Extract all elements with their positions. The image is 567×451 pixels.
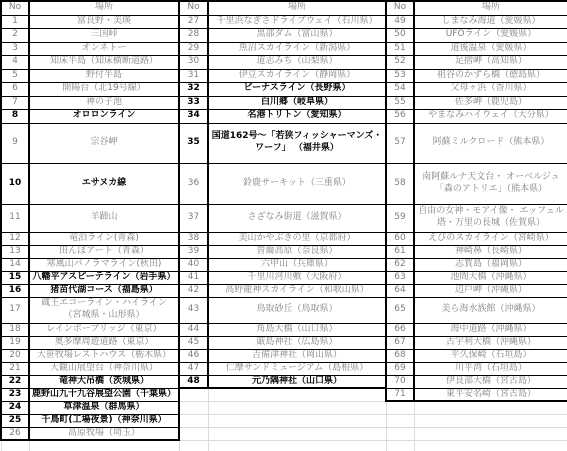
no-header-cell[interactable]: No <box>1 1 29 15</box>
place-cell[interactable]: 仁摩サンドミュージアム（島根県） <box>208 362 386 375</box>
place-cell[interactable]: 千里川河川敷（大阪府） <box>208 271 386 284</box>
place-cell[interactable]: 川平湾（石垣島） <box>414 362 567 375</box>
no-cell[interactable]: 56 <box>386 110 414 124</box>
places-table-body: No場所No場所No場所1富良野・美瑛27千里浜なぎさドライブウェイ（石川県）4… <box>1 1 567 451</box>
place-cell[interactable]: 曽爾高原（奈良県） <box>208 245 386 258</box>
no-cell[interactable]: 1 <box>1 15 29 29</box>
place-cell[interactable]: 六甲山（兵庫県） <box>208 258 386 271</box>
place-cell[interactable]: UFOライン（愛媛県） <box>414 29 567 43</box>
place-cell[interactable]: さざなみ街道（滋賀県） <box>208 204 386 232</box>
place-cell[interactable]: 国道162号～「若狭フィッシャーマンズ・ワーフ」 （福井県） <box>208 123 386 163</box>
sheet-row: 20大笹牧場レストハウス（栃木県）46吉備津神社（岡山県）68平久保崎（石垣島） <box>1 349 567 362</box>
sheet-row: 16猪苗代湖コース（福島県）42高野龍神スカイライン（和歌山県）64辺戸岬（沖縄… <box>1 284 567 297</box>
place-cell[interactable]: 鹿野山九十九谷展望公園（千葉県） <box>29 388 179 401</box>
place-cell[interactable]: 魚沼スカイライン（新潟県） <box>208 42 386 56</box>
place-cell[interactable]: エサヌカ線 <box>29 163 179 204</box>
no-cell[interactable]: 43 <box>179 297 208 323</box>
sheet-row: 7神の子池33白川郷（岐阜県）55佐多岬（鹿児島） <box>1 96 567 110</box>
place-cell[interactable]: 東平安名崎（宮古島） <box>414 388 567 401</box>
place-cell[interactable]: 千里浜なぎさドライブウェイ（石川県） <box>208 15 386 29</box>
place-cell[interactable]: 神崎鼻（長崎県） <box>414 245 567 258</box>
no-cell[interactable]: 17 <box>1 297 29 323</box>
place-cell[interactable]: 野付半島 <box>29 69 179 83</box>
place-cell[interactable]: ビーナスライン（長野県） <box>208 83 386 97</box>
no-cell[interactable]: 27 <box>179 15 208 29</box>
no-cell[interactable]: 41 <box>179 271 208 284</box>
place-cell[interactable]: 南阿蘇ルナ天文台・ オーベルジュ「森のアトリエ」（熊本県） <box>414 163 567 204</box>
places-table: No場所No場所No場所1富良野・美瑛27千里浜なぎさドライブウェイ（石川県）4… <box>0 0 567 451</box>
empty-cell[interactable] <box>179 427 208 440</box>
no-cell[interactable]: 60 <box>386 232 414 245</box>
no-cell[interactable]: 64 <box>386 284 414 297</box>
no-cell[interactable]: 15 <box>1 271 29 284</box>
no-cell[interactable]: 63 <box>386 271 414 284</box>
no-cell[interactable]: 4 <box>1 56 29 70</box>
no-cell[interactable]: 46 <box>179 349 208 362</box>
place-cell[interactable]: 黒部ダム（富山県） <box>208 29 386 43</box>
place-cell[interactable]: 池間大橋（沖縄県） <box>414 271 567 284</box>
empty-cell[interactable] <box>386 401 414 414</box>
place-cell[interactable]: 元乃隅神社（山口県） <box>208 375 386 388</box>
no-cell[interactable]: 33 <box>179 96 208 110</box>
sheet-row: 9宗谷岬35国道162号～「若狭フィッシャーマンズ・ワーフ」 （福井県）57阿蘇… <box>1 123 567 163</box>
sheet-row: 8オロロンライン34名港トリトン（愛知県）56やまなみハイウェイ（大分県） <box>1 110 567 124</box>
no-cell[interactable]: 47 <box>179 362 208 375</box>
place-cell[interactable]: 開陽台（北19号線） <box>29 83 179 97</box>
no-cell[interactable]: 58 <box>386 163 414 204</box>
place-cell[interactable]: 奥多摩周遊道路（東京） <box>29 336 179 349</box>
place-cell[interactable]: 竜泊ライン(青森) <box>29 232 179 245</box>
sheet-row: 4知床半島（知床横断道路）30道志みち（山梨県）52足摺岬（高知県） <box>1 56 567 70</box>
no-cell[interactable]: 67 <box>386 336 414 349</box>
no-cell[interactable]: 24 <box>1 401 29 414</box>
no-cell[interactable]: 49 <box>386 15 414 29</box>
place-cell[interactable]: 伊豆スカイライン（静岡県） <box>208 69 386 83</box>
place-cell[interactable]: 足摺岬（高知県） <box>414 56 567 70</box>
place-cell[interactable]: 寒風山パノラマライン(秋田) <box>29 258 179 271</box>
empty-cell[interactable] <box>208 440 386 451</box>
no-cell[interactable]: 45 <box>179 336 208 349</box>
no-cell[interactable]: 62 <box>386 258 414 271</box>
no-cell[interactable]: 68 <box>386 349 414 362</box>
place-cell[interactable]: 草津温泉（群馬県） <box>29 401 179 414</box>
no-cell[interactable]: 6 <box>1 83 29 97</box>
no-cell[interactable]: 51 <box>386 42 414 56</box>
place-cell[interactable]: 神の子池 <box>29 96 179 110</box>
no-cell[interactable]: 25 <box>1 414 29 427</box>
empty-cell[interactable] <box>414 401 567 414</box>
sheet-row: 19奥多摩周遊道路（東京）45厳島神社（広島県）67古宇利大橋（沖縄県） <box>1 336 567 349</box>
empty-cell[interactable] <box>414 414 567 427</box>
place-cell[interactable]: 古宇利大橋（沖縄県） <box>414 336 567 349</box>
place-cell[interactable]: 海中道路（沖縄県） <box>414 323 567 336</box>
place-cell[interactable]: 美ら海水族館（沖縄県） <box>414 297 567 323</box>
place-cell[interactable]: オロロンライン <box>29 110 179 124</box>
place-cell[interactable]: 高野龍神スカイライン（和歌山県） <box>208 284 386 297</box>
place-header-cell[interactable]: 場所 <box>208 1 386 15</box>
no-cell[interactable]: 44 <box>179 323 208 336</box>
empty-cell[interactable] <box>386 427 414 440</box>
place-cell[interactable]: 高原牧場（埼玉） <box>29 427 179 440</box>
no-cell[interactable]: 36 <box>179 163 208 204</box>
no-cell[interactable]: 26 <box>1 427 29 440</box>
sheet-row: 12竜泊ライン(青森)38美山かやぶきの里（京都府）60えびのスカイライン（宮崎… <box>1 232 567 245</box>
place-cell[interactable]: オンネトー <box>29 42 179 56</box>
no-cell[interactable]: 11 <box>1 204 29 232</box>
no-cell[interactable]: 14 <box>1 258 29 271</box>
place-cell[interactable]: 田んぼアート（青森） <box>29 245 179 258</box>
no-cell[interactable]: 48 <box>179 375 208 388</box>
empty-cell[interactable] <box>179 440 208 451</box>
no-cell[interactable]: 3 <box>1 42 29 56</box>
sheet-row: 13田んぼアート（青森）39曽爾高原（奈良県）61神崎鼻（長崎県） <box>1 245 567 258</box>
place-cell[interactable]: 大観山展望台（神奈川県） <box>29 362 179 375</box>
place-cell[interactable]: 猪苗代湖コース（福島県） <box>29 284 179 297</box>
place-cell[interactable]: 佐多岬（鹿児島） <box>414 96 567 110</box>
no-cell[interactable]: 22 <box>1 375 29 388</box>
no-header-cell[interactable]: No <box>386 1 414 15</box>
place-cell[interactable]: 道後温泉（愛媛県） <box>414 42 567 56</box>
place-cell[interactable]: やまなみハイウェイ（大分県） <box>414 110 567 124</box>
place-cell[interactable]: 阿蘇ミルクロード（熊本県） <box>414 123 567 163</box>
no-cell[interactable]: 71 <box>386 388 414 401</box>
no-cell[interactable]: 28 <box>179 29 208 43</box>
place-cell[interactable]: えびのスカイライン（宮崎県） <box>414 232 567 245</box>
no-cell[interactable]: 13 <box>1 245 29 258</box>
sheet-row: 15八幡平アスピーテライン（岩手県）41千里川河川敷（大阪府）63池間大橋（沖縄… <box>1 271 567 284</box>
no-cell[interactable]: 18 <box>1 323 29 336</box>
no-cell[interactable]: 16 <box>1 284 29 297</box>
place-cell[interactable]: 鳥取砂丘（鳥取県） <box>208 297 386 323</box>
place-cell[interactable]: 知床半島（知床横断道路） <box>29 56 179 70</box>
place-cell[interactable]: 宗谷岬 <box>29 123 179 163</box>
empty-cell[interactable] <box>179 388 208 401</box>
empty-cell[interactable] <box>208 388 386 401</box>
no-cell[interactable]: 37 <box>179 204 208 232</box>
place-cell[interactable]: 平久保崎（石垣島） <box>414 349 567 362</box>
empty-cell[interactable] <box>29 440 179 451</box>
no-cell[interactable]: 54 <box>386 83 414 97</box>
place-cell[interactable]: 志賀島（福岡県） <box>414 258 567 271</box>
no-cell[interactable]: 65 <box>386 297 414 323</box>
place-cell[interactable]: 名港トリトン（愛知県） <box>208 110 386 124</box>
no-cell[interactable]: 66 <box>386 323 414 336</box>
sheet-row: 11羊蹄山37さざなみ街道（滋賀県）59自由の女神・モアイ像・ エッフェル塔・万… <box>1 204 567 232</box>
no-cell[interactable]: 38 <box>179 232 208 245</box>
place-cell[interactable]: 羊蹄山 <box>29 204 179 232</box>
sheet-row: 25千鳥町(工場夜景)（神奈川県） <box>1 414 567 427</box>
no-cell[interactable]: 12 <box>1 232 29 245</box>
sheet-row: 24草津温泉（群馬県） <box>1 401 567 414</box>
sheet-row: 14寒風山パノラマライン(秋田)40六甲山（兵庫県）62志賀島（福岡県） <box>1 258 567 271</box>
empty-cell[interactable] <box>414 427 567 440</box>
empty-cell[interactable] <box>208 427 386 440</box>
empty-cell[interactable] <box>386 440 414 451</box>
sheet-row: 2三国峠28黒部ダム（富山県）50UFOライン（愛媛県） <box>1 29 567 43</box>
sheet-row: 21大観山展望台（神奈川県）47仁摩サンドミュージアム（島根県）69川平湾（石垣… <box>1 362 567 375</box>
place-cell[interactable]: 蔵王エコーライン・ハイライン （宮城県・山形県） <box>29 297 179 323</box>
no-cell[interactable]: 52 <box>386 56 414 70</box>
place-cell[interactable]: 鈴鹿サーキット（三重県） <box>208 163 386 204</box>
empty-cell[interactable] <box>414 440 567 451</box>
no-cell[interactable]: 8 <box>1 110 29 124</box>
place-cell[interactable]: 三国峠 <box>29 29 179 43</box>
place-header-cell[interactable]: 場所 <box>414 1 567 15</box>
no-cell[interactable]: 57 <box>386 123 414 163</box>
no-cell[interactable]: 59 <box>386 204 414 232</box>
place-cell[interactable]: 辺戸岬（沖縄県） <box>414 284 567 297</box>
no-cell[interactable]: 50 <box>386 29 414 43</box>
place-cell[interactable]: 竜神大吊橋（茨城県） <box>29 375 179 388</box>
place-cell[interactable]: 祖谷のかずら橋（徳島県） <box>414 69 567 83</box>
sheet-row: 10エサヌカ線36鈴鹿サーキット（三重県）58南阿蘇ルナ天文台・ オーベルジュ「… <box>1 163 567 204</box>
place-cell[interactable]: 白川郷（岐阜県） <box>208 96 386 110</box>
empty-cell[interactable] <box>208 414 386 427</box>
place-header-cell[interactable]: 場所 <box>29 1 179 15</box>
no-cell[interactable]: 61 <box>386 245 414 258</box>
sheet-row: 6開陽台（北19号線）32ビーナスライン（長野県）54父母ヶ浜（香川県） <box>1 83 567 97</box>
empty-cell[interactable] <box>179 401 208 414</box>
empty-cell[interactable] <box>208 401 386 414</box>
place-cell[interactable]: 吉備津神社（岡山県） <box>208 349 386 362</box>
empty-cell[interactable] <box>386 414 414 427</box>
empty-cell[interactable] <box>1 440 29 451</box>
place-cell[interactable]: 美山かやぶきの里（京都府） <box>208 232 386 245</box>
no-cell[interactable]: 34 <box>179 110 208 124</box>
place-cell[interactable]: 富良野・美瑛 <box>29 15 179 29</box>
no-cell[interactable]: 70 <box>386 375 414 388</box>
place-cell[interactable]: 厳島神社（広島県） <box>208 336 386 349</box>
no-cell[interactable]: 23 <box>1 388 29 401</box>
sheet-row: 5野付半島31伊豆スカイライン（静岡県）53祖谷のかずら橋（徳島県） <box>1 69 567 83</box>
empty-cell[interactable] <box>179 414 208 427</box>
sheet-row <box>1 440 567 451</box>
no-cell[interactable]: 39 <box>179 245 208 258</box>
no-cell[interactable]: 5 <box>1 69 29 83</box>
no-cell[interactable]: 40 <box>179 258 208 271</box>
sheet-row: 3オンネトー29魚沼スカイライン（新潟県）51道後温泉（愛媛県） <box>1 42 567 56</box>
no-cell[interactable]: 42 <box>179 284 208 297</box>
sheet-row: 26高原牧場（埼玉） <box>1 427 567 440</box>
sheet-row: 23鹿野山九十九谷展望公園（千葉県）71東平安名崎（宮古島） <box>1 388 567 401</box>
place-cell[interactable]: 角島大橋（山口県） <box>208 323 386 336</box>
place-cell[interactable]: しまなみ海道（愛媛県） <box>414 15 567 29</box>
no-cell[interactable]: 21 <box>1 362 29 375</box>
no-cell[interactable]: 55 <box>386 96 414 110</box>
sheet-row: 18レインボーブリッジ（東京）44角島大橋（山口県）66海中道路（沖縄県） <box>1 323 567 336</box>
place-cell[interactable]: 道志みち（山梨県） <box>208 56 386 70</box>
header-row: No場所No場所No場所 <box>1 1 567 15</box>
no-cell[interactable]: 10 <box>1 163 29 204</box>
place-cell[interactable]: 大笹牧場レストハウス（栃木県） <box>29 349 179 362</box>
place-cell[interactable]: レインボーブリッジ（東京） <box>29 323 179 336</box>
sheet-row: 1富良野・美瑛27千里浜なぎさドライブウェイ（石川県）49しまなみ海道（愛媛県） <box>1 15 567 29</box>
no-cell[interactable]: 20 <box>1 349 29 362</box>
spreadsheet: No場所No場所No場所1富良野・美瑛27千里浜なぎさドライブウェイ（石川県）4… <box>0 0 567 451</box>
place-cell[interactable]: 父母ヶ浜（香川県） <box>414 83 567 97</box>
place-cell[interactable]: 伊良部大橋（宮古島） <box>414 375 567 388</box>
no-cell[interactable]: 30 <box>179 56 208 70</box>
no-cell[interactable]: 31 <box>179 69 208 83</box>
no-cell[interactable]: 32 <box>179 83 208 97</box>
no-cell[interactable]: 7 <box>1 96 29 110</box>
sheet-row: 22竜神大吊橋（茨城県）48元乃隅神社（山口県）70伊良部大橋（宮古島） <box>1 375 567 388</box>
no-header-cell[interactable]: No <box>179 1 208 15</box>
no-cell[interactable]: 69 <box>386 362 414 375</box>
no-cell[interactable]: 53 <box>386 69 414 83</box>
place-cell[interactable]: 八幡平アスピーテライン（岩手県） <box>29 271 179 284</box>
no-cell[interactable]: 19 <box>1 336 29 349</box>
sheet-row: 17蔵王エコーライン・ハイライン （宮城県・山形県）43鳥取砂丘（鳥取県）65美… <box>1 297 567 323</box>
no-cell[interactable]: 35 <box>179 123 208 163</box>
no-cell[interactable]: 9 <box>1 123 29 163</box>
place-cell[interactable]: 自由の女神・モアイ像・ エッフェル塔・万里の長城（佐賀県） <box>414 204 567 232</box>
no-cell[interactable]: 2 <box>1 29 29 43</box>
no-cell[interactable]: 29 <box>179 42 208 56</box>
place-cell[interactable]: 千鳥町(工場夜景)（神奈川県） <box>29 414 179 427</box>
